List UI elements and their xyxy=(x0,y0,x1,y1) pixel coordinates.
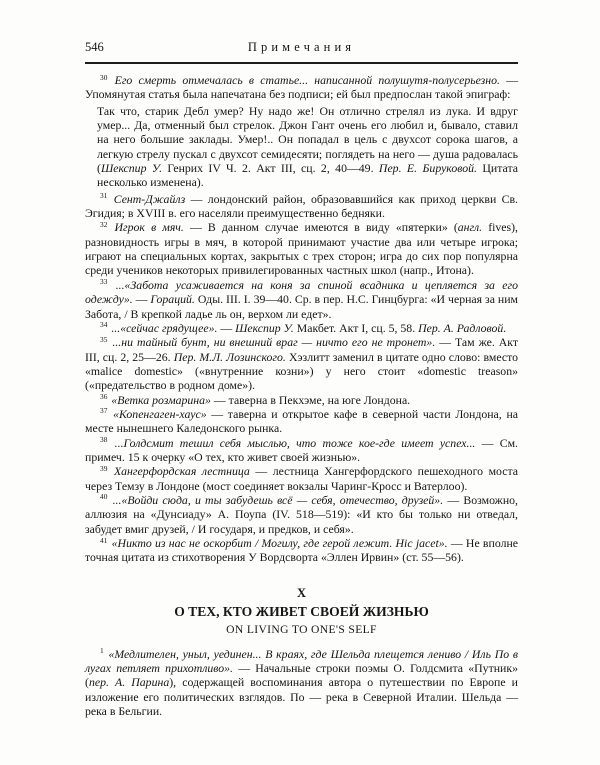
plain-text: Генрих IV Ч. 2. Акт III, сц. 2, 40—49. xyxy=(162,161,379,175)
note-number: 38 xyxy=(100,435,108,444)
note-paragraph: 33 ...«Забота усаживается на коня за спи… xyxy=(85,278,518,321)
italic-text: ...ни тайный бунт, ни внешний враг — нич… xyxy=(112,335,435,349)
notes-section-x: 1 «Медлителен, уныл, уединен... В краях,… xyxy=(85,647,518,719)
italic-text: ...«сейчас грядущее». xyxy=(111,321,217,335)
chapter-title-english: ON LIVING TO ONE'S SELF xyxy=(85,623,518,636)
plain-text: — В данном случае имеются в виду «пятерк… xyxy=(184,220,458,234)
note-number: 37 xyxy=(100,406,108,415)
italic-text: ...«Войди сюда, и ты забудешь всё — себя… xyxy=(113,493,444,507)
italic-text: «Копенгаген-хаус» xyxy=(113,407,206,421)
chapter-number: X xyxy=(85,586,518,601)
italic-text: Пер. Е. Бируковой. xyxy=(379,161,477,175)
italic-text: англ. xyxy=(458,220,482,234)
notes-body: 30 Его смерть отмечалась в статье... нап… xyxy=(85,73,518,718)
note-number: 36 xyxy=(100,392,108,401)
note-paragraph: 31 Сент-Джайлз — лондонский район, образ… xyxy=(85,192,518,221)
note-paragraph: 1 «Медлителен, уныл, уединен... В краях,… xyxy=(85,647,518,719)
note-number: 39 xyxy=(100,464,108,473)
italic-text: ...Голдсмит тешил себя мыслью, что тоже … xyxy=(115,436,476,450)
note-paragraph: 36 «Ветка розмарина» — таверна в Пекхэме… xyxy=(85,393,518,407)
italic-text: Шекспир У. xyxy=(235,321,294,335)
note-paragraph: 37 «Копенгаген-хаус» — таверна и открыто… xyxy=(85,407,518,436)
note-paragraph: 40 ...«Войди сюда, и ты забудешь всё — с… xyxy=(85,493,518,536)
note-number: 1 xyxy=(100,646,105,655)
note-paragraph: 41 «Никто из нас не оскорбит / Могилу, г… xyxy=(85,536,518,565)
page-header: 546 Примечания xyxy=(85,40,518,64)
note-number: 34 xyxy=(100,320,108,329)
note-paragraph: 35 ...ни тайный бунт, ни внешний враг — … xyxy=(85,335,518,392)
note-number: 41 xyxy=(100,536,108,545)
italic-text: «Ветка розмарина» xyxy=(111,393,211,407)
note-number: 40 xyxy=(100,492,108,501)
note-number: 33 xyxy=(100,277,108,286)
italic-text: Сент-Джайлз xyxy=(114,192,186,206)
note-paragraph: 38 ...Голдсмит тешил себя мыслью, что то… xyxy=(85,436,518,465)
note-paragraph: 39 Хангерфордская лестница — лестница Ха… xyxy=(85,464,518,493)
book-page: 546 Примечания 30 Его смерть отмечалась … xyxy=(0,0,600,765)
italic-text: Его смерть отмечалась в статье... написа… xyxy=(115,73,500,87)
chapter-heading: X О ТЕХ, КТО ЖИВЕТ СВОЕЙ ЖИЗНЬЮ ON LIVIN… xyxy=(85,586,518,636)
italic-text: пер. А. Парина xyxy=(89,675,169,689)
plain-text: Макбет. Акт I, сц. 5, 58. xyxy=(294,321,418,335)
italic-text: Хангерфордская лестница xyxy=(114,464,250,478)
italic-text: Пер. А. Радловой. xyxy=(418,321,506,335)
notes-section-ix: 30 Его смерть отмечалась в статье... нап… xyxy=(85,73,518,565)
italic-text: Шекспир У. xyxy=(101,161,162,175)
verse-quote: Так что, старик Дебл умер? Ну надо же! О… xyxy=(97,104,518,190)
note-number: 31 xyxy=(100,191,108,200)
note-paragraph: 34 ...«сейчас грядущее». — Шекспир У. Ма… xyxy=(85,321,518,335)
italic-text: Игрок в мяч. xyxy=(115,220,184,234)
note-number: 30 xyxy=(100,73,108,82)
plain-text: — xyxy=(217,321,235,335)
italic-text: Пер. М.Л. Лозинского. xyxy=(174,350,286,364)
note-number: 32 xyxy=(100,220,108,229)
note-number: 35 xyxy=(100,335,108,344)
chapter-title-russian: О ТЕХ, КТО ЖИВЕТ СВОЕЙ ЖИЗНЬЮ xyxy=(85,604,518,620)
running-head: Примечания xyxy=(85,40,518,55)
note-paragraph: 32 Игрок в мяч. — В данном случае имеютс… xyxy=(85,220,518,277)
note-paragraph: 30 Его смерть отмечалась в статье... нап… xyxy=(85,73,518,102)
italic-text: Гораций. xyxy=(150,292,194,306)
plain-text: — xyxy=(133,292,151,306)
page-number: 546 xyxy=(85,40,104,55)
plain-text: — таверна в Пекхэме, на юге Лондона. xyxy=(211,393,410,407)
italic-text: «Никто из нас не оскорбит / Могилу, где … xyxy=(112,536,448,550)
